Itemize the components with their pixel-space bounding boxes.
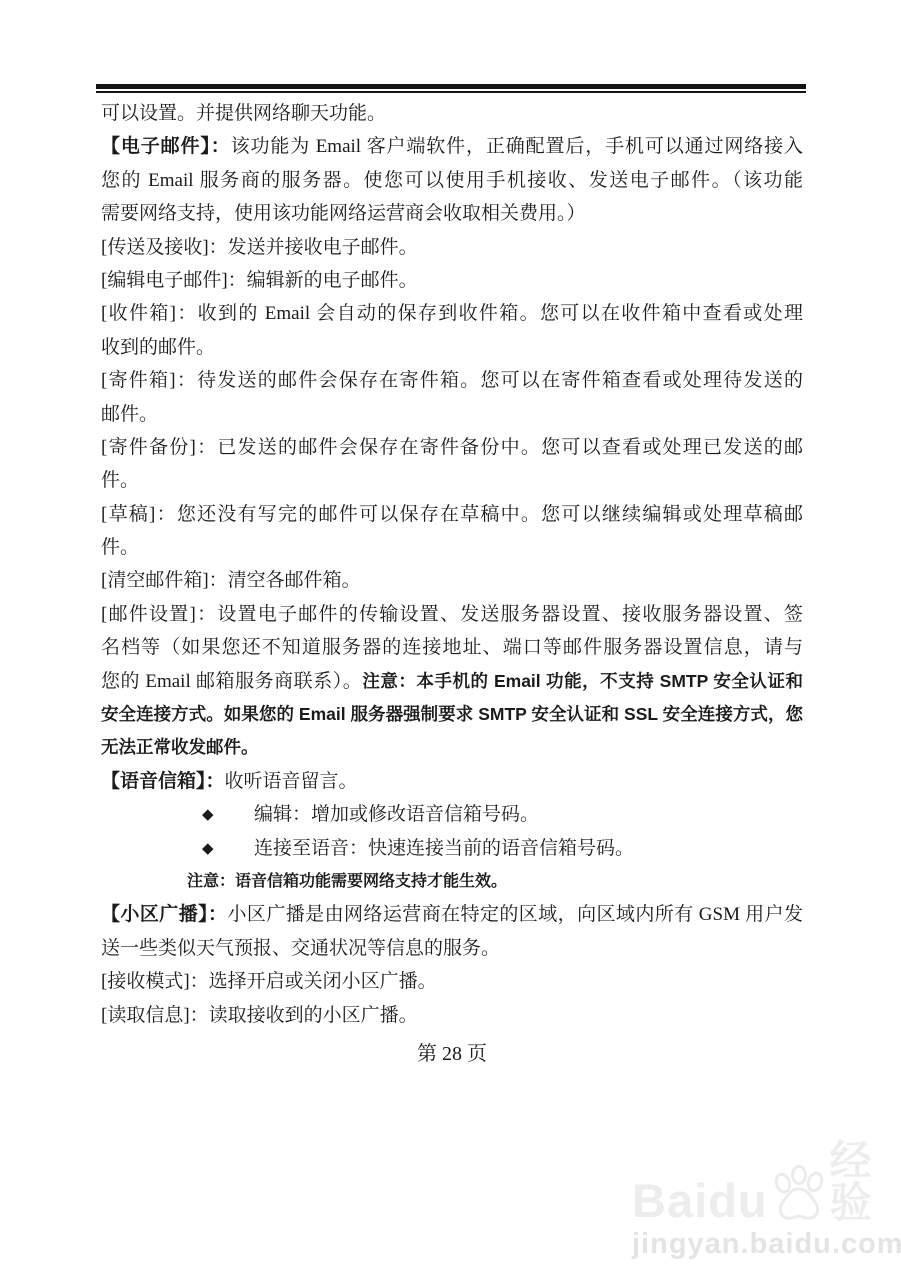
text-segment: [草稿]：您还没有写完的邮件可以保存在草稿中。您可以继续编辑或处理草稿邮 (101, 504, 803, 525)
text-segment: [寄件箱]：待发送的邮件会保存在寄件箱。您可以在寄件箱查看或处理待发送的 (101, 370, 803, 391)
text-line: 【电子邮件】：该功能为 Email 客户端软件，正确配置后，手机可以通过网络接入 (101, 130, 803, 163)
text-line: [清空邮件箱]：清空各邮件箱。 (101, 564, 803, 597)
text-line: 安全连接方式。如果您的 Email 服务器强制要求 SMTP 安全认证和 SSL… (101, 698, 803, 731)
text-line: [接收模式]：选择开启或关闭小区广播。 (101, 965, 803, 998)
header-rule-thin (96, 91, 806, 93)
text-line: 件。 (101, 531, 803, 564)
text-line: 邮件。 (101, 398, 803, 431)
document-body: 可以设置。并提供网络聊天功能。【电子邮件】：该功能为 Email 客户端软件，正… (101, 97, 803, 1032)
text-line: ◆连接至语音：快速连接当前的语音信箱号码。 (101, 832, 803, 865)
text-segment: 可以设置。并提供网络聊天功能。 (101, 103, 386, 124)
text-line: 【小区广播】：小区广播是由网络运营商在特定的区域，向区域内所有 GSM 用户发 (101, 898, 803, 931)
text-line: 可以设置。并提供网络聊天功能。 (101, 97, 803, 130)
text-segment: 件。 (101, 537, 139, 558)
text-line: [传送及接收]：发送并接收电子邮件。 (101, 231, 803, 264)
text-segment: 您的 Email 邮箱服务商联系）。 (101, 671, 362, 692)
text-segment: 【电子邮件】： (101, 136, 231, 157)
text-segment: 连接至语音：快速连接当前的语音信箱号码。 (254, 838, 634, 859)
text-segment: 送一些类似天气预报、交通状况等信息的服务。 (101, 938, 500, 959)
text-line: [寄件备份]：已发送的邮件会保存在寄件备份中。您可以查看或处理已发送的邮 (101, 431, 803, 464)
text-line: [草稿]：您还没有写完的邮件可以保存在草稿中。您可以继续编辑或处理草稿邮 (101, 498, 803, 531)
text-segment: 安全连接方式。如果您的 Email 服务器强制要求 SMTP 安全认证和 SSL… (101, 704, 803, 731)
diamond-bullet-icon: ◆ (202, 798, 254, 831)
text-segment: 该功能为 Email 客户端软件，正确配置后，手机可以通过网络接入 (231, 136, 803, 157)
text-segment: 无法正常收发邮件。 (101, 737, 259, 757)
text-segment: [编辑电子邮件]：编辑新的电子邮件。 (101, 270, 418, 291)
text-line: 注意：语音信箱功能需要网络支持才能生效。 (101, 865, 803, 898)
text-line: 需要网络支持，使用该功能网络运营商会收取相关费用。） (101, 197, 803, 230)
text-line: [邮件设置]：设置电子邮件的传输设置、发送服务器设置、接收服务器设置、签 (101, 598, 803, 631)
text-line: 送一些类似天气预报、交通状况等信息的服务。 (101, 932, 803, 965)
text-segment: 名档等（如果您还不知道服务器的连接地址、端口等邮件服务器设置信息，请与 (101, 637, 803, 658)
text-line: 收到的邮件。 (101, 331, 803, 364)
watermark-site-url: jingyan.baidu.com (632, 1228, 892, 1261)
text-segment: [传送及接收]：发送并接收电子邮件。 (101, 237, 418, 258)
manual-page: 可以设置。并提供网络聊天功能。【电子邮件】：该功能为 Email 客户端软件，正… (0, 0, 901, 1280)
header-rule-thick (96, 84, 806, 89)
text-segment: [读取信息]：读取接收到的小区广播。 (101, 1005, 418, 1026)
text-line: 名档等（如果您还不知道服务器的连接地址、端口等邮件服务器设置信息，请与 (101, 631, 803, 664)
text-segment: 您的 Email 服务商的服务器。使您可以使用手机接收、发送电子邮件。（该功能 (101, 170, 803, 191)
text-line: 您的 Email 服务商的服务器。使您可以使用手机接收、发送电子邮件。（该功能 (101, 164, 803, 197)
text-segment: [接收模式]：选择开启或关闭小区广播。 (101, 971, 437, 992)
baidu-jingyan-watermark: Baidu 经验 jingyan.baidu.com (632, 1140, 892, 1261)
text-line: [编辑电子邮件]：编辑新的电子邮件。 (101, 264, 803, 297)
watermark-brand-cn: 经验 (830, 1140, 892, 1224)
text-line: 您的 Email 邮箱服务商联系）。注意：本手机的 Email 功能，不支持 S… (101, 665, 803, 698)
watermark-brand-text: Baidu (632, 1177, 768, 1224)
page-number: 第 28 页 (101, 1038, 803, 1071)
text-line: ◆编辑：增加或修改语音信箱号码。 (101, 798, 803, 831)
baidu-paw-icon (770, 1165, 828, 1230)
text-segment: 注意：语音信箱功能需要网络支持才能生效。 (187, 873, 507, 890)
text-segment: [寄件备份]：已发送的邮件会保存在寄件备份中。您可以查看或处理已发送的邮 (101, 437, 803, 458)
text-segment: 编辑：增加或修改语音信箱号码。 (254, 804, 539, 825)
text-line: 【语音信箱】：收听语音留言。 (101, 765, 803, 798)
text-segment: [收件箱]：收到的 Email 会自动的保存到收件箱。您可以在收件箱中查看或处理 (101, 303, 803, 324)
header-rule (96, 84, 806, 93)
text-segment: 邮件。 (101, 404, 158, 425)
text-line: [寄件箱]：待发送的邮件会保存在寄件箱。您可以在寄件箱查看或处理待发送的 (101, 364, 803, 397)
diamond-bullet-icon: ◆ (202, 832, 254, 865)
text-segment: [邮件设置]：设置电子邮件的传输设置、发送服务器设置、接收服务器设置、签 (101, 604, 803, 625)
text-segment: 【语音信箱】： (101, 771, 225, 792)
watermark-logo-row: Baidu 经验 (632, 1140, 892, 1224)
text-segment: 件。 (101, 470, 139, 491)
text-segment: [清空邮件箱]：清空各邮件箱。 (101, 570, 361, 591)
text-line: [收件箱]：收到的 Email 会自动的保存到收件箱。您可以在收件箱中查看或处理 (101, 297, 803, 330)
text-segment: 需要网络支持，使用该功能网络运营商会收取相关费用。） (101, 203, 586, 224)
text-line: 件。 (101, 464, 803, 497)
text-segment: 收听语音留言。 (225, 771, 358, 792)
text-segment: 收到的邮件。 (101, 337, 215, 358)
text-line: [读取信息]：读取接收到的小区广播。 (101, 999, 803, 1032)
text-segment: 【小区广播】： (101, 904, 227, 925)
text-segment: 小区广播是由网络运营商在特定的区域，向区域内所有 GSM 用户发 (227, 904, 803, 925)
text-line: 无法正常收发邮件。 (101, 731, 803, 764)
